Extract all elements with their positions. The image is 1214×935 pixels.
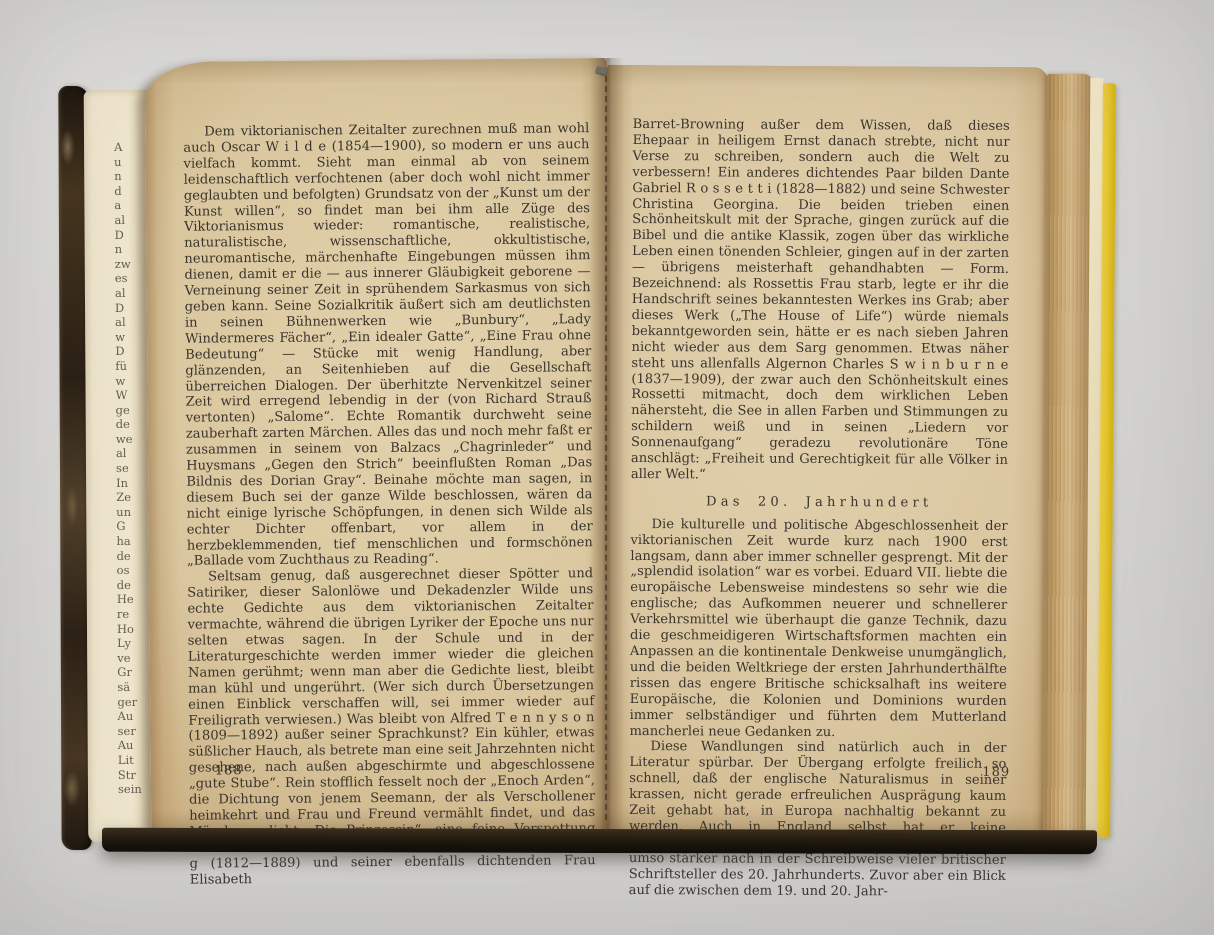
page-stack-fore-edge — [1043, 74, 1091, 834]
left-page-text: Dem viktorianischen Zeitalter zurechnen … — [183, 121, 596, 888]
right-page-number: 189 — [982, 765, 1010, 780]
paragraph: Dem viktorianischen Zeitalter zurechnen … — [183, 121, 593, 570]
paragraph: Barret-Browning außer dem Wissen, daß di… — [631, 117, 1010, 485]
photo-background: A u n d a al D n zw es al D al w D fü w … — [0, 0, 1214, 935]
left-page-number: 188 — [215, 763, 243, 778]
right-page: Barret-Browning außer dem Wissen, daß di… — [602, 65, 1050, 835]
left-page-paragraphs: Dem viktorianischen Zeitalter zurechnen … — [183, 121, 596, 888]
paragraph: Die kulturelle und politische Abgeschlos… — [629, 517, 1007, 742]
book-bottom-shadow — [102, 828, 1097, 855]
paragraph: Diese Wandlungen sind natürlich auch in … — [629, 739, 1007, 900]
right-page-paragraphs-top: Barret-Browning außer dem Wissen, daß di… — [631, 117, 1010, 485]
right-page-text: Barret-Browning außer dem Wissen, daß di… — [629, 117, 1010, 900]
section-heading: Das 20. Jahrhundert — [631, 494, 1008, 512]
left-page: Dem viktorianischen Zeitalter zurechnen … — [145, 58, 614, 836]
